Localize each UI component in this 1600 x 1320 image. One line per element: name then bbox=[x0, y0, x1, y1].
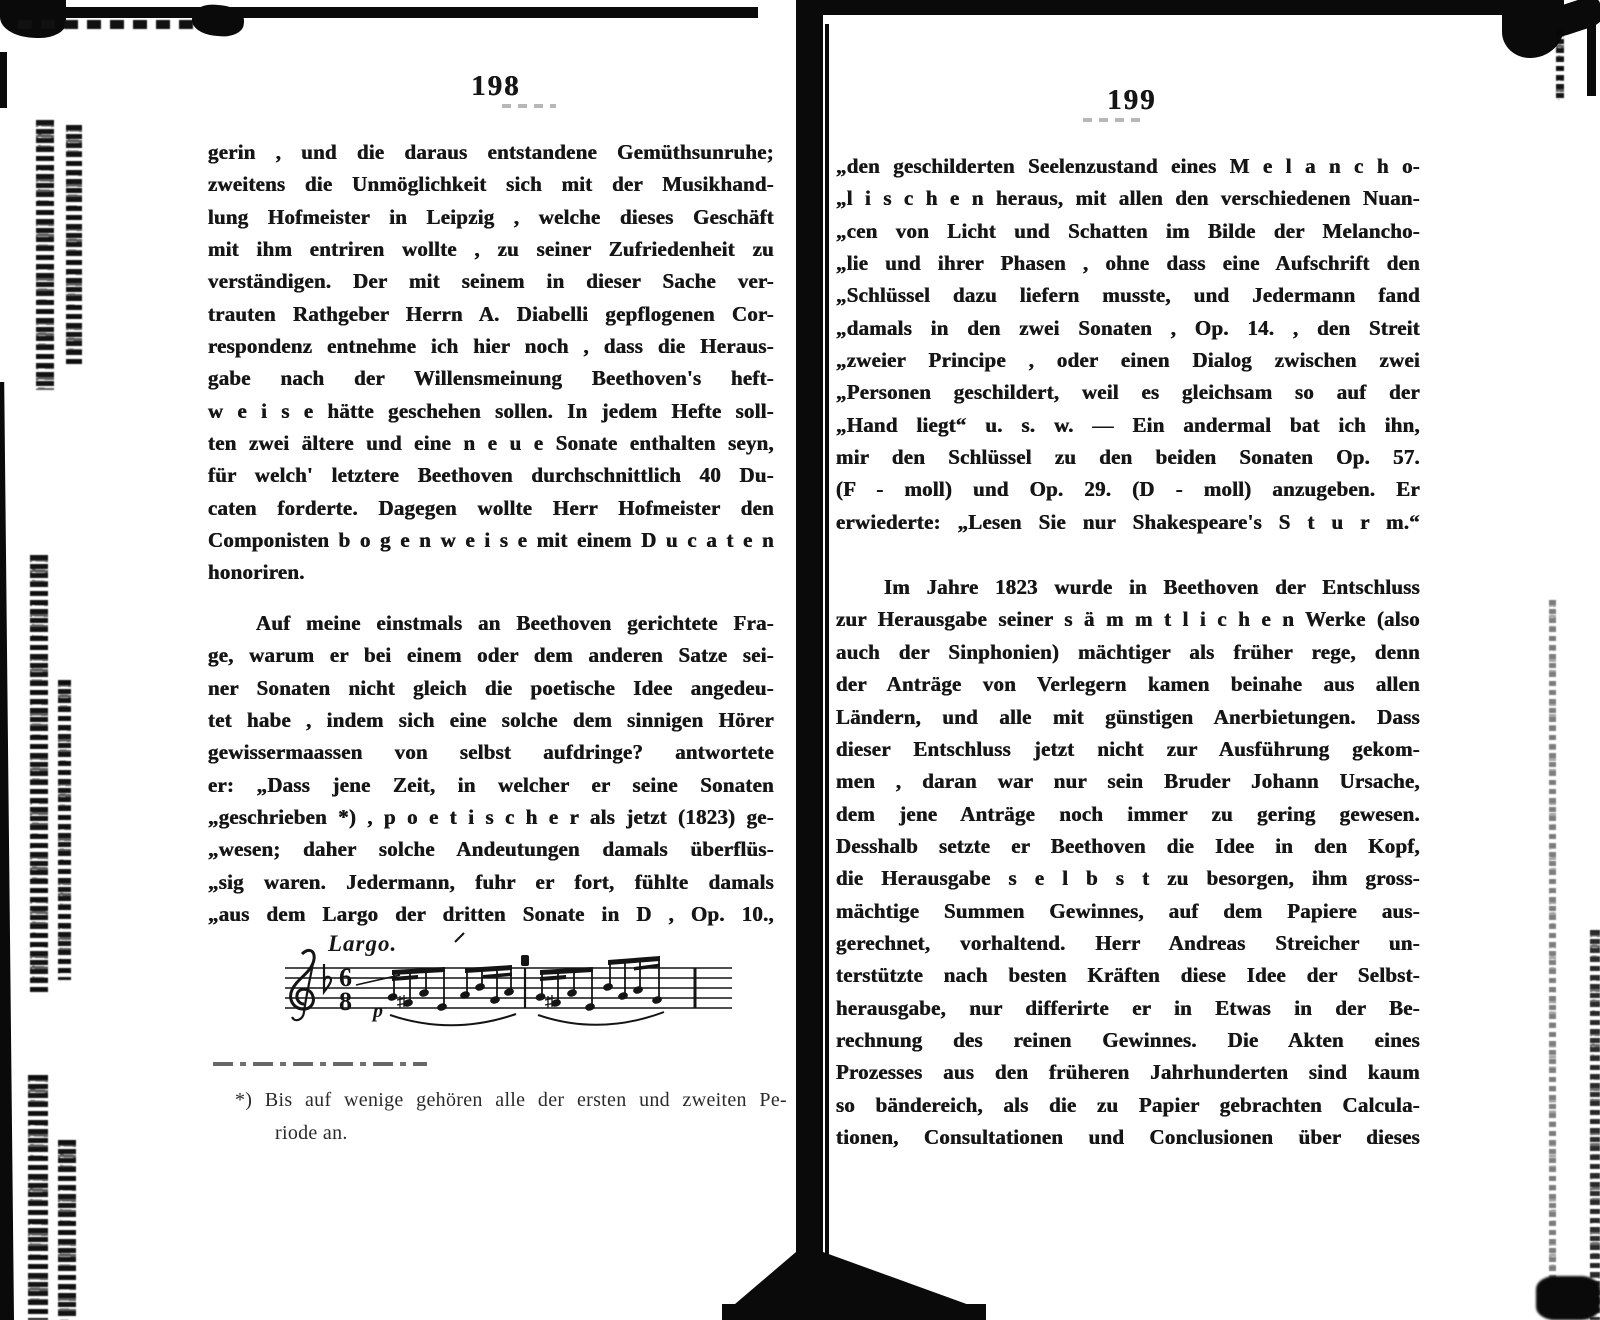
text-line: erwiederte: „Lesen Sie nur Shakespeare's… bbox=[836, 506, 1420, 538]
text-line: mächtige Summen Gewinnes, auf dem Papier… bbox=[836, 895, 1420, 927]
text-line: gewissermaassen von selbst aufdringe? an… bbox=[208, 736, 774, 768]
text-line: respondenz entnehme ich hier noch , dass… bbox=[208, 330, 774, 362]
scan-artifact-top-bar-left bbox=[0, 7, 758, 18]
page-right-text-column: „den geschilderten Seelenzustand eines M… bbox=[836, 150, 1420, 1153]
text-line: dem jene Anträge noch immer zu gering ge… bbox=[836, 798, 1420, 830]
text-line: honoriren. bbox=[208, 556, 774, 588]
scan-artifact-gutter-line bbox=[825, 24, 829, 1320]
scan-artifact-streak bbox=[1549, 600, 1556, 1320]
text-line: zweitens die Unmöglichkeit sich mit der … bbox=[208, 168, 774, 200]
footnote-rule bbox=[213, 1062, 427, 1066]
scan-artifact-dash-under-199 bbox=[1083, 118, 1145, 122]
music-staff: 6 8 p bbox=[240, 928, 740, 1048]
text-line: „lie und ihrer Phasen , ohne dass eine A… bbox=[836, 247, 1420, 279]
dynamic-marking: p bbox=[371, 1000, 383, 1022]
scan-artifact-streak bbox=[58, 680, 71, 980]
text-line: riode an. bbox=[235, 1117, 787, 1150]
text-line: so bändereich, als die zu Papier gebrach… bbox=[836, 1089, 1420, 1121]
text-line: auch der Sinphonien) mächtiger als frühe… bbox=[836, 636, 1420, 668]
text-line: herausgabe, nur differirte er in Etwas i… bbox=[836, 992, 1420, 1024]
scan-artifact-top-corner-left bbox=[0, 0, 66, 38]
text-line: ten zwei ältere und eine n e u e Sonate … bbox=[208, 427, 774, 459]
text-line: „aus dem Largo der dritten Sonate in D ,… bbox=[208, 898, 774, 930]
scan-artifact-streak bbox=[36, 120, 54, 390]
footnote: *) Bis auf wenige gehören alle der erste… bbox=[235, 1084, 787, 1150]
text-line: tionen, Consultationen und Conclusionen … bbox=[836, 1121, 1420, 1153]
text-line: tet habe , indem sich eine solche dem si… bbox=[208, 704, 774, 736]
text-line: „zweier Principe , oder einen Dialog zwi… bbox=[836, 344, 1420, 376]
scan-artifact-streak bbox=[30, 555, 48, 995]
text-line: er: „Dass jene Zeit, in welcher er seine… bbox=[208, 769, 774, 801]
text-line: *) Bis auf wenige gehören alle der erste… bbox=[235, 1084, 787, 1117]
text-line: Auf meine einstmals an Beethoven gericht… bbox=[208, 607, 774, 639]
text-line: „l i s c h e n heraus, mit allen den ver… bbox=[836, 182, 1420, 214]
scan-artifact-streak bbox=[58, 1140, 76, 1320]
scan-artifact-left-edge-wedge bbox=[0, 382, 14, 1320]
text-line: w e i s e hätte geschehen sollen. In jed… bbox=[208, 395, 774, 427]
scan-artifact-streak bbox=[1590, 930, 1600, 1320]
scan-artifact-top-bar-right bbox=[806, 0, 1546, 15]
text-line: ge, warum er bei einem oder dem anderen … bbox=[208, 639, 774, 671]
paragraph: Im Jahre 1823 wurde in Beethoven der Ent… bbox=[836, 571, 1420, 1153]
text-line: rechnung des reinen Gewinnes. Die Akten … bbox=[836, 1024, 1420, 1056]
text-line: „Schlüssel dazu liefern musste, und Jede… bbox=[836, 279, 1420, 311]
page-left-text-column: gerin , und die daraus entstandene Gemüt… bbox=[208, 136, 774, 930]
text-line: men , daran war nur sein Bruder Johann U… bbox=[836, 765, 1420, 797]
text-line: für welch' letztere Beethoven durchschni… bbox=[208, 459, 774, 491]
text-line: mir den Schlüssel zu den beiden Sonaten … bbox=[836, 441, 1420, 473]
text-line: „den geschilderten Seelenzustand eines M… bbox=[836, 150, 1420, 182]
slur bbox=[538, 1012, 664, 1025]
paragraph: gerin , und die daraus entstandene Gemüt… bbox=[208, 136, 774, 589]
scan-artifact-bottom-bar bbox=[722, 1304, 986, 1320]
text-line: mit ihm entriren wollte , zu seiner Zufr… bbox=[208, 233, 774, 265]
note-group bbox=[387, 967, 448, 1012]
text-line: Ländern, und alle mit günstigen Anerbiet… bbox=[836, 701, 1420, 733]
text-line: terstützte nach besten Kräften diese Ide… bbox=[836, 959, 1420, 991]
treble-clef-icon bbox=[291, 950, 315, 1020]
text-line: „geschrieben *) , p o e t i s c h e r al… bbox=[208, 801, 774, 833]
text-line: trauten Rathgeber Herrn A. Diabelli gepf… bbox=[208, 298, 774, 330]
note-group bbox=[459, 965, 515, 1005]
scan-artifact-right-edge-line bbox=[1587, 0, 1596, 96]
text-line: „damals in den zwei Sonaten , Op. 14. , … bbox=[836, 312, 1420, 344]
page-number-right: 199 bbox=[1072, 84, 1192, 117]
note-group bbox=[535, 967, 596, 1012]
text-line: Desshalb setzte er Beethoven die Idee in… bbox=[836, 830, 1420, 862]
scan-artifact-gutter-band bbox=[796, 0, 823, 1320]
text-line: „cen von Licht und Schatten im Bilde der… bbox=[836, 215, 1420, 247]
time-signature-lower: 8 bbox=[339, 987, 352, 1016]
paragraph: *) Bis auf wenige gehören alle der erste… bbox=[235, 1084, 787, 1150]
text-line: „Personen geschildert, weil es gleichsam… bbox=[836, 376, 1420, 408]
text-line: caten forderte. Dagegen wollte Herr Hofm… bbox=[208, 492, 774, 524]
text-line: die Herausgabe s e l b s t zu besorgen, … bbox=[836, 862, 1420, 894]
text-line: „Hand liegt“ u. s. w. — Ein andermal bat… bbox=[836, 409, 1420, 441]
text-line: gabe nach der Willensmeinung Beethoven's… bbox=[208, 362, 774, 394]
text-line: gerechnet, vorhaltend. Herr Andreas Stre… bbox=[836, 927, 1420, 959]
scan-artifact-streak bbox=[28, 1075, 48, 1320]
text-line: verständigen. Der mit seinem in dieser S… bbox=[208, 265, 774, 297]
text-line: zur Herausgabe seiner s ä m m t l i c h … bbox=[836, 603, 1420, 635]
text-line: Im Jahre 1823 wurde in Beethoven der Ent… bbox=[836, 571, 1420, 603]
paragraph: „den geschilderten Seelenzustand eines M… bbox=[836, 150, 1420, 538]
text-line: „sig waren. Jedermann, fuhr er fort, füh… bbox=[208, 866, 774, 898]
scan-artifact-bottom-right-blob bbox=[1536, 1276, 1600, 1320]
text-line: Prozesses aus den früheren Jahrhunderten… bbox=[836, 1056, 1420, 1088]
paragraph: Auf meine einstmals an Beethoven gericht… bbox=[208, 607, 774, 930]
scan-artifact-streak bbox=[1556, 30, 1564, 100]
scan-artifact-gutter-funnel-left bbox=[728, 1252, 796, 1310]
slur bbox=[390, 1014, 516, 1025]
scan-artifact-dash-under-198 bbox=[502, 104, 556, 108]
text-line: lung Hofmeister in Leipzig , welche dies… bbox=[208, 201, 774, 233]
text-line: gerin , und die daraus entstandene Gemüt… bbox=[208, 136, 774, 168]
text-line: Componisten b o g e n w e i s e mit eine… bbox=[208, 524, 774, 556]
text-line: dieser Entschluss jetzt nicht zur Ausfüh… bbox=[836, 733, 1420, 765]
text-line: ner Sonaten nicht gleich die poetische I… bbox=[208, 672, 774, 704]
scan-artifact-left-edge-mark bbox=[0, 52, 7, 108]
text-line: „wesen; daher solche Andeutungen damals … bbox=[208, 833, 774, 865]
text-line: der Anträge von Verlegern kamen beinahe … bbox=[836, 668, 1420, 700]
scan-artifact-streak bbox=[66, 125, 82, 365]
text-line: (F - moll) und Op. 29. (D - moll) anzuge… bbox=[836, 473, 1420, 505]
scan-artifact-gutter-funnel-right bbox=[823, 1252, 983, 1310]
page-number-left: 198 bbox=[436, 70, 556, 103]
